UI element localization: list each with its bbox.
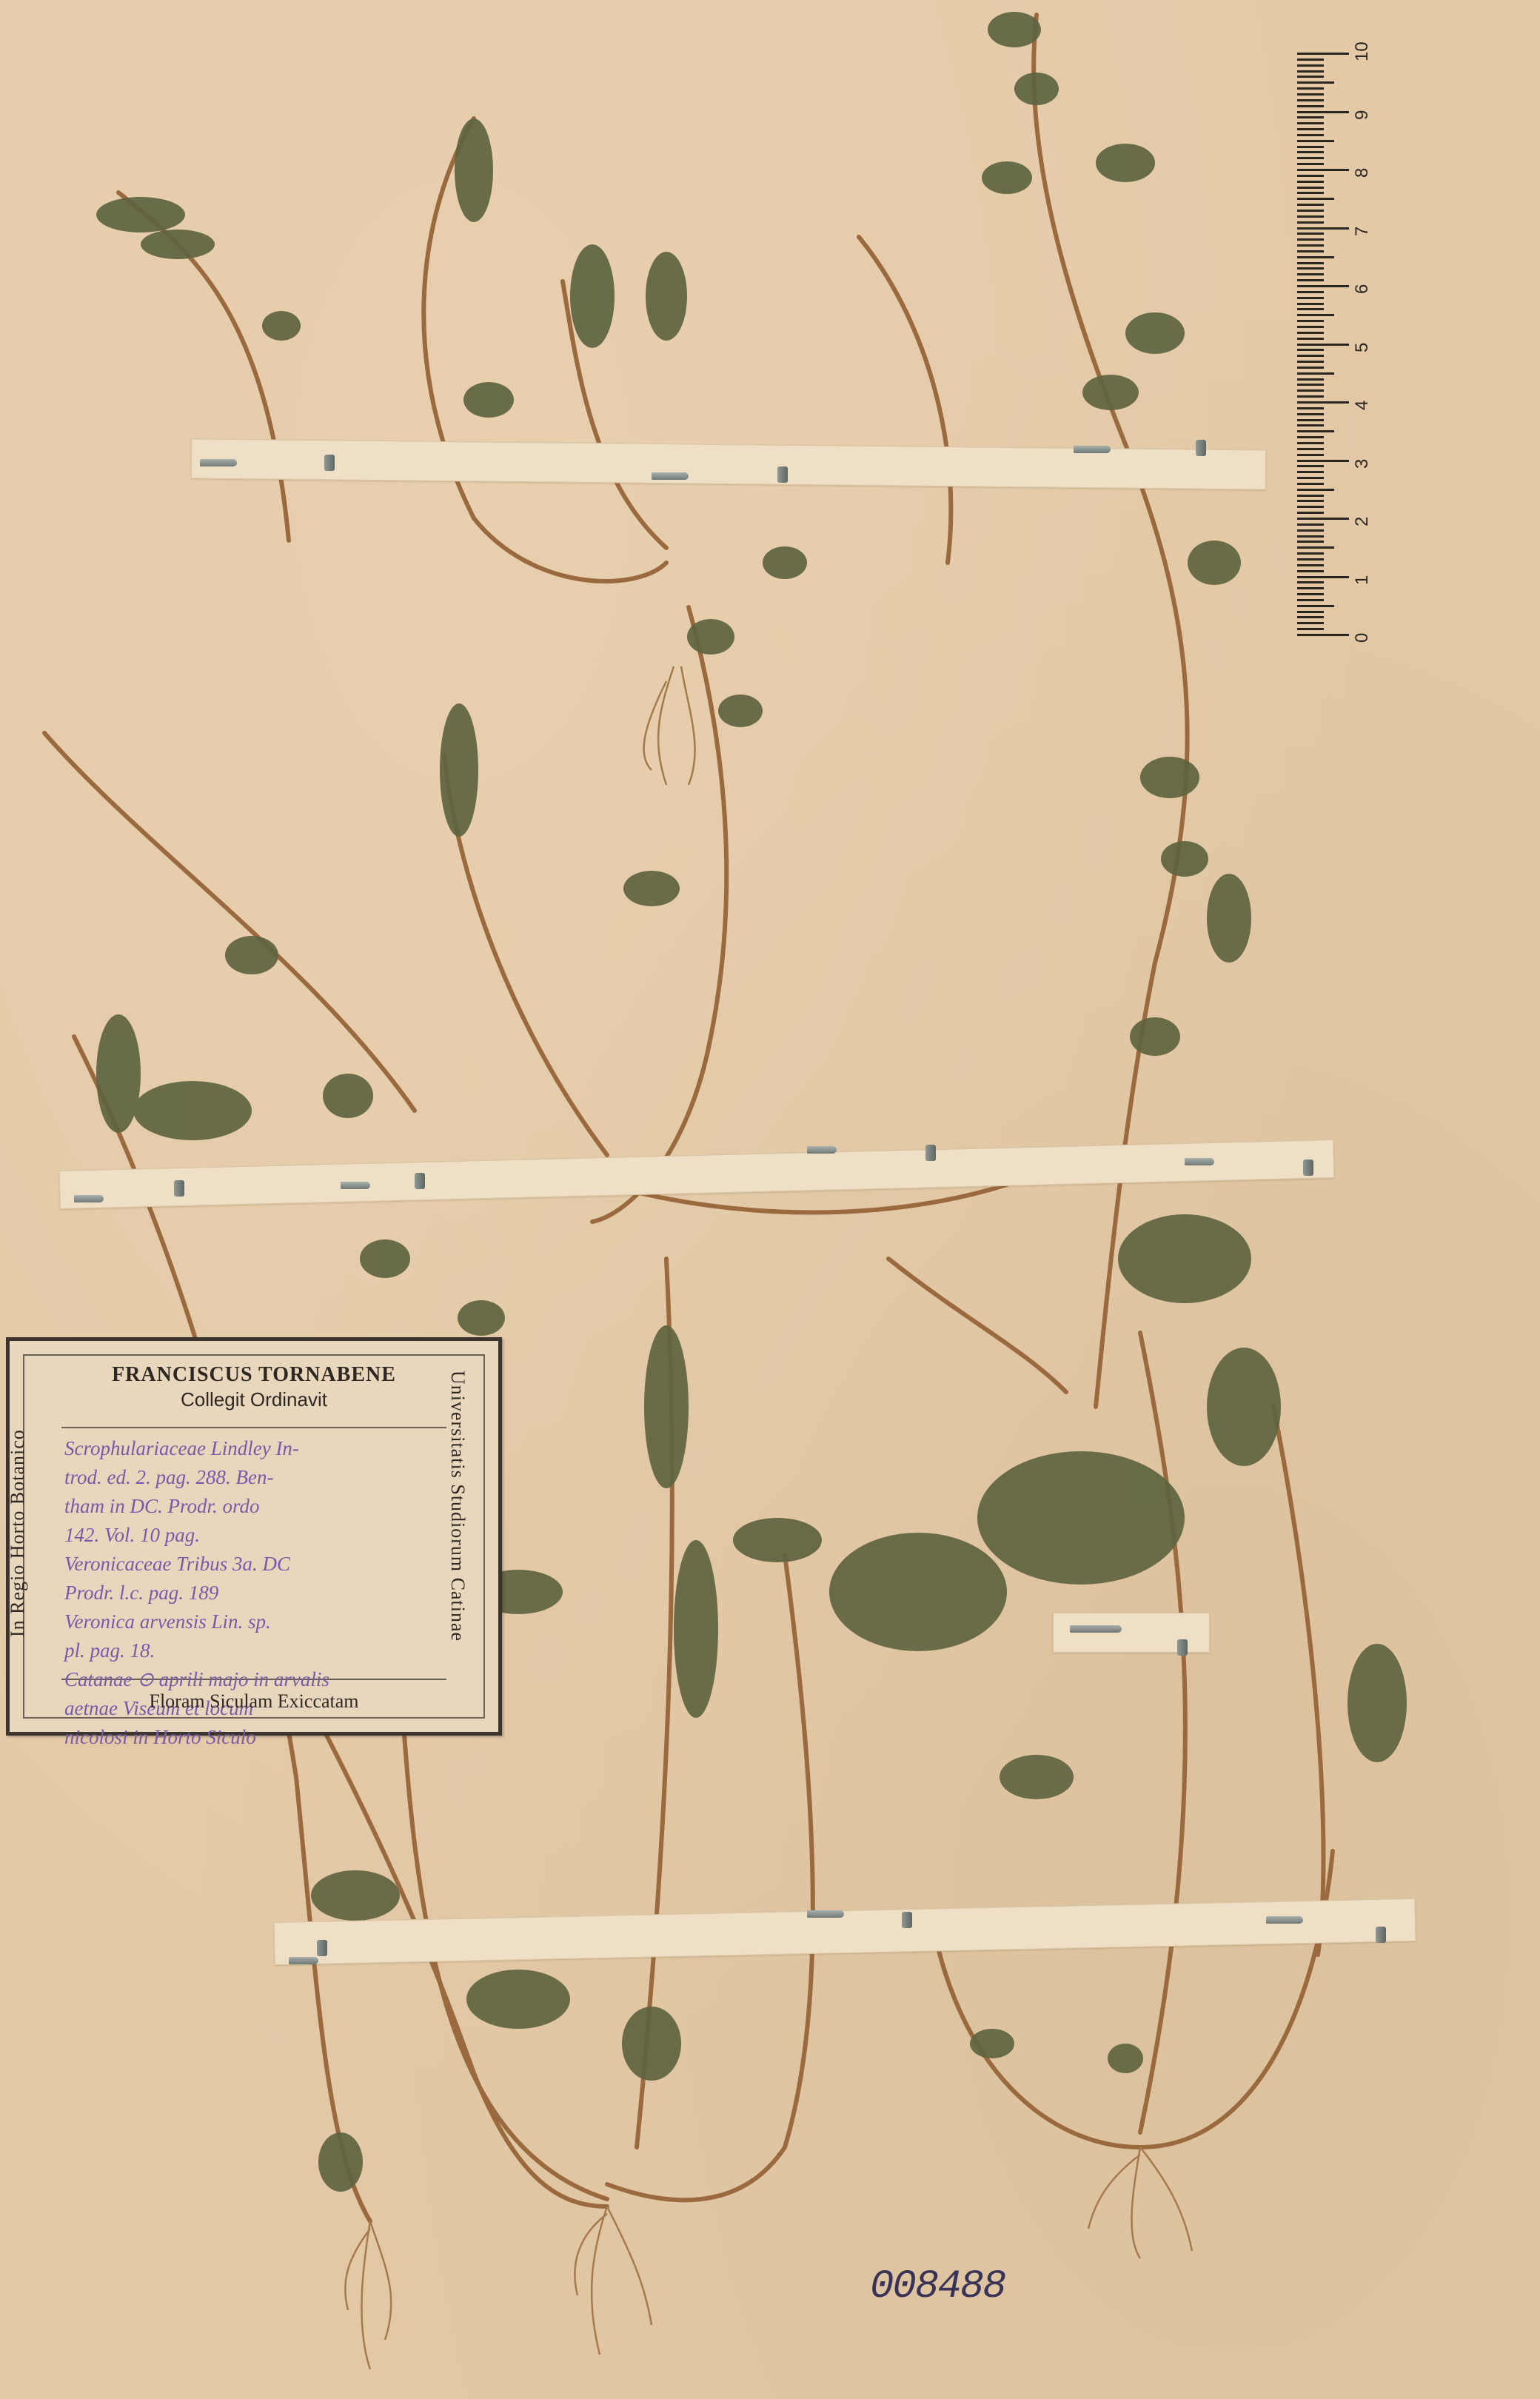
ruler-tick <box>1297 128 1324 130</box>
ruler-tick <box>1297 611 1324 613</box>
catalog-number: 008488 <box>870 2264 1005 2309</box>
ruler-tick <box>1297 204 1324 206</box>
ruler-label: 4 <box>1352 401 1373 410</box>
label-footer: Floram Siculam Exiccatam <box>24 1690 483 1713</box>
pin-head-icon <box>324 455 335 471</box>
ruler-tick <box>1297 454 1324 456</box>
ruler-tick <box>1297 64 1324 67</box>
pin-icon <box>807 1910 844 1918</box>
ruler-tick <box>1297 495 1324 497</box>
ruler-tick <box>1297 587 1324 589</box>
ruler-tick <box>1297 285 1349 287</box>
ruler-tick <box>1297 552 1324 555</box>
pin-icon <box>652 472 689 480</box>
ruler-tick <box>1297 367 1324 369</box>
ruler-tick <box>1297 187 1324 189</box>
ruler-tick <box>1297 436 1324 438</box>
ruler-tick <box>1297 395 1324 398</box>
ruler-label: 2 <box>1352 517 1373 526</box>
ruler-tick <box>1297 244 1324 247</box>
ruler-tick <box>1297 198 1334 200</box>
ruler-label: 6 <box>1352 284 1373 294</box>
ruler-label: 3 <box>1352 458 1373 468</box>
ruler-tick <box>1297 181 1324 183</box>
ruler-tick <box>1297 122 1324 124</box>
ruler-tick <box>1297 605 1334 607</box>
pin-head-icon <box>902 1912 912 1928</box>
ruler-tick <box>1297 529 1324 532</box>
ruler-tick <box>1297 430 1334 432</box>
ruler-tick <box>1297 87 1324 90</box>
ruler-tick <box>1297 477 1324 479</box>
ruler-tick <box>1297 401 1349 404</box>
ruler-label: 7 <box>1352 226 1373 235</box>
ruler-tick <box>1297 53 1349 55</box>
ruler-tick <box>1297 250 1324 252</box>
ruler-tick <box>1297 489 1334 491</box>
ruler-tick <box>1297 471 1324 473</box>
pin-icon <box>1074 446 1111 453</box>
ruler-tick <box>1297 512 1324 514</box>
ruler-tick <box>1297 210 1324 212</box>
ruler-tick <box>1297 146 1324 148</box>
ruler-tick <box>1297 599 1324 601</box>
scale-ruler: 012345678910 <box>1297 44 1379 637</box>
ruler-tick <box>1297 361 1324 363</box>
ruler-tick <box>1297 558 1324 561</box>
pin-head-icon <box>1196 440 1206 456</box>
ruler-tick <box>1297 344 1349 346</box>
ruler-label: 1 <box>1352 575 1373 584</box>
ruler-label: 0 <box>1352 633 1373 643</box>
ruler-tick <box>1297 169 1349 171</box>
ruler-tick <box>1297 465 1324 467</box>
ruler-tick <box>1297 332 1324 334</box>
label-left-vertical-text: In Regio Horto Botanico <box>7 1326 29 1637</box>
ruler-tick <box>1297 378 1324 381</box>
ruler-label: 9 <box>1352 110 1373 119</box>
ruler-tick <box>1297 338 1324 340</box>
pin-head-icon <box>174 1180 184 1197</box>
ruler-tick <box>1297 93 1324 96</box>
pin-head-icon <box>415 1173 425 1189</box>
ruler-tick <box>1297 232 1324 235</box>
ruler-tick <box>1297 273 1324 275</box>
label-right-vertical-text: Universitatis Studiorum Catinae <box>446 1371 469 1682</box>
herbarium-sheet: 012345678910 FRANCISCUS TORNABENE Colleg… <box>0 0 1540 2399</box>
ruler-tick <box>1297 622 1324 624</box>
ruler-tick <box>1297 70 1324 73</box>
ruler-tick <box>1297 151 1324 153</box>
handwritten-determination: Scrophulariaceae Lindley In- trod. ed. 2… <box>61 1427 446 1680</box>
ruler-tick <box>1297 581 1324 583</box>
ruler-tick <box>1297 308 1324 310</box>
pin-head-icon <box>1376 1927 1386 1943</box>
ruler-tick <box>1297 355 1324 357</box>
pin-head-icon <box>317 1940 327 1956</box>
pin-icon <box>807 1146 837 1154</box>
ruler-tick <box>1297 448 1324 450</box>
ruler-tick <box>1297 541 1324 543</box>
ruler-tick <box>1297 384 1324 386</box>
ruler-tick <box>1297 262 1324 264</box>
ruler-tick <box>1297 314 1334 316</box>
ruler-tick <box>1297 564 1324 566</box>
ruler-tick <box>1297 634 1349 636</box>
ruler-tick <box>1297 442 1324 444</box>
ruler-tick <box>1297 628 1324 630</box>
ruler-tick <box>1297 221 1324 224</box>
collector-name: FRANCISCUS TORNABENE <box>24 1363 483 1387</box>
ruler-tick <box>1297 140 1334 142</box>
ruler-tick <box>1297 227 1349 230</box>
ruler-tick <box>1297 506 1324 508</box>
ruler-tick <box>1297 407 1324 409</box>
ruler-tick <box>1297 256 1334 258</box>
ruler-tick <box>1297 303 1324 305</box>
ruler-tick <box>1297 546 1334 549</box>
ruler-tick <box>1297 157 1324 159</box>
pin-head-icon <box>1303 1160 1313 1176</box>
ruler-tick <box>1297 372 1334 375</box>
ruler-tick <box>1297 238 1324 241</box>
ruler-tick <box>1297 326 1324 328</box>
ruler-tick <box>1297 291 1324 293</box>
pin-icon <box>200 459 237 466</box>
ruler-tick <box>1297 576 1349 578</box>
ruler-tick <box>1297 424 1324 426</box>
ruler-tick <box>1297 297 1324 299</box>
pin-icon <box>341 1182 370 1189</box>
pin-icon <box>74 1195 104 1202</box>
pin-icon <box>1185 1158 1214 1165</box>
ruler-tick <box>1297 215 1324 218</box>
ruler-tick <box>1297 535 1324 538</box>
ruler-tick <box>1297 460 1349 462</box>
ruler-tick <box>1297 163 1324 165</box>
ruler-tick <box>1297 389 1324 392</box>
pin-head-icon <box>925 1145 936 1161</box>
ruler-tick <box>1297 76 1324 78</box>
ruler-tick <box>1297 58 1324 61</box>
ruler-tick <box>1297 99 1324 101</box>
ruler-tick <box>1297 105 1324 107</box>
ruler-tick <box>1297 81 1334 84</box>
pin-icon <box>1266 1916 1303 1924</box>
ruler-tick <box>1297 349 1324 351</box>
label-frame: FRANCISCUS TORNABENE Collegit Ordinavit … <box>23 1354 485 1719</box>
ruler-tick <box>1297 175 1324 177</box>
ruler-tick <box>1297 419 1324 421</box>
ruler-tick <box>1297 116 1324 118</box>
ruler-label: 5 <box>1352 342 1373 352</box>
ruler-tick <box>1297 320 1324 322</box>
ruler-tick <box>1297 279 1324 281</box>
ruler-tick <box>1297 483 1324 485</box>
pin-head-icon <box>777 466 788 483</box>
ruler-label: 10 <box>1352 41 1373 61</box>
ruler-tick <box>1297 570 1324 572</box>
label-subtitle: Collegit Ordinavit <box>24 1388 483 1411</box>
ruler-tick <box>1297 134 1324 136</box>
collection-label: FRANCISCUS TORNABENE Collegit Ordinavit … <box>6 1337 502 1736</box>
ruler-tick <box>1297 192 1324 194</box>
ruler-tick <box>1297 413 1324 415</box>
ruler-tick <box>1297 500 1324 502</box>
pin-head-icon <box>1177 1639 1188 1656</box>
ruler-tick <box>1297 593 1324 595</box>
ruler-tick <box>1297 111 1349 113</box>
pin-icon <box>289 1957 318 1964</box>
ruler-tick <box>1297 616 1324 618</box>
ruler-tick <box>1297 518 1349 520</box>
ruler-label: 8 <box>1352 168 1373 178</box>
ruler-tick <box>1297 523 1324 526</box>
pin-icon <box>1070 1625 1122 1633</box>
ruler-tick <box>1297 267 1324 270</box>
